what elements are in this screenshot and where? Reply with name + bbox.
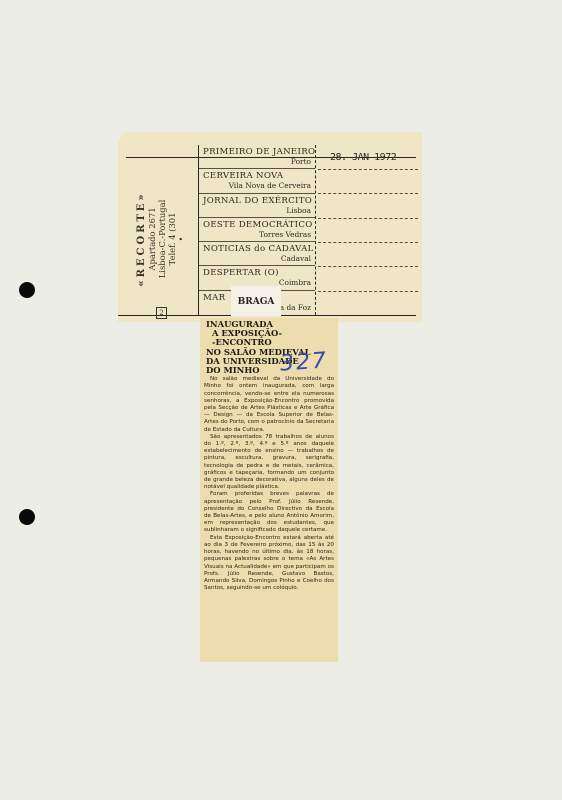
publication-row: NOTICIAS do CADAVAL Cadaval bbox=[199, 242, 315, 266]
sender-block: «RECORTE» Apartado 2671 Lisboa-C.-Portug… bbox=[132, 164, 192, 314]
clipping-paragraph: Foram proferidas breves palavras de apre… bbox=[204, 491, 334, 534]
publication-name: OESTE DEMOCRÁTICO bbox=[203, 220, 311, 230]
publication-row: PRIMEIRO DE JANEIRO Porto bbox=[199, 145, 315, 169]
date-rule bbox=[318, 169, 418, 170]
sender-city: Lisboa-C.-Portugal bbox=[157, 191, 167, 286]
publication-city: Cadaval bbox=[203, 254, 311, 264]
date-rule bbox=[318, 218, 418, 219]
sender-dot: • bbox=[177, 191, 187, 286]
clipping-paragraph: São apresentados 78 trabalhos de alunos … bbox=[204, 434, 334, 492]
publication-row: CERVEIRA NOVA Vila Nova de Cerveira bbox=[199, 169, 315, 193]
handwritten-number: 327 bbox=[279, 348, 329, 376]
sender-phone: Telef. 4 (301 bbox=[167, 191, 177, 286]
clipping-paragraph: No salão medieval da Universidade do Min… bbox=[204, 376, 334, 434]
date-rule bbox=[318, 193, 418, 194]
publication-row: OESTE DEMOCRÁTICO Torres Vedras bbox=[199, 218, 315, 242]
date-rule bbox=[318, 266, 418, 267]
date-rule bbox=[318, 242, 418, 243]
publication-name: NOTICIAS do CADAVAL bbox=[203, 244, 311, 254]
binder-hole-bottom bbox=[19, 509, 35, 525]
publication-city: Lisboa bbox=[203, 206, 311, 216]
date-stamp: 28. JAN 1972 bbox=[330, 152, 396, 163]
clipping-body: No salão medieval da Universidade do Min… bbox=[200, 375, 338, 592]
clipping-card: «RECORTE» Apartado 2671 Lisboa-C.-Portug… bbox=[118, 132, 422, 322]
box-number: 2 bbox=[156, 307, 167, 319]
publication-city: Torres Vedras bbox=[203, 230, 311, 240]
sender-brand: «RECORTE» bbox=[137, 191, 147, 286]
publication-city: Porto bbox=[203, 157, 311, 167]
publication-name: DESPERTAR (O) bbox=[203, 268, 311, 278]
date-column: 28. JAN 1972 bbox=[318, 145, 418, 315]
publication-name: CERVEIRA NOVA bbox=[203, 171, 311, 181]
clipping-paragraph: Esta Exposição-Encontro estará aberta at… bbox=[204, 535, 334, 593]
publication-row: JORNAL DO EXÉRCITO Lisboa bbox=[199, 194, 315, 218]
sender-address: Apartado 2671 bbox=[147, 191, 157, 286]
publication-name: PRIMEIRO DE JANEIRO bbox=[203, 147, 311, 157]
publication-name: JORNAL DO EXÉRCITO bbox=[203, 196, 311, 206]
date-rule bbox=[318, 291, 418, 292]
pasted-city-label: BRAGA bbox=[231, 286, 281, 316]
publication-city: Vila Nova de Cerveira bbox=[203, 181, 311, 191]
binder-hole-top bbox=[19, 282, 35, 298]
